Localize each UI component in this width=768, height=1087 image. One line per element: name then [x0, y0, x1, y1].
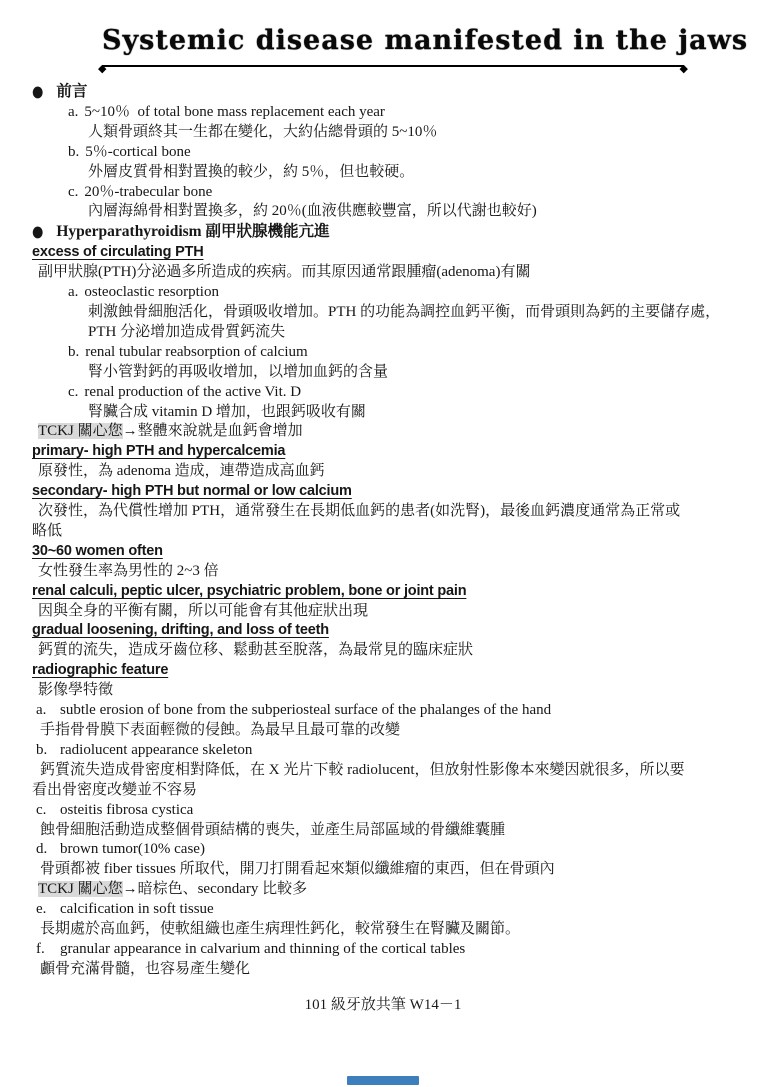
line-text: 女性發生率為男性的 2~3 倍	[38, 563, 219, 579]
doc-line-zh-flush: 看出骨密度改變並不容易	[32, 781, 734, 801]
doc-line-rad-zh: 手指骨骨膜下表面輕微的侵蝕。為最早且最可靠的改變	[32, 721, 734, 741]
doc-line-item: a.osteoclastic resorption	[32, 283, 734, 303]
line-text: secondary- high PTH but normal or low ca…	[32, 483, 352, 499]
line-text: radiographic feature	[32, 662, 168, 678]
doc-line-rad-zh: 顱骨充滿骨髓，也容易產生變化	[32, 960, 734, 980]
doc-line-item-zh: 內層海綿骨相對置換多，約 20％(血液供應較豐富，所以代謝也較好)	[32, 202, 734, 222]
item-label: a.	[36, 701, 60, 721]
doc-line-keyline: gradual loosening, drifting, and loss of…	[32, 621, 734, 641]
line-text: 看出骨密度改變並不容易	[32, 782, 197, 798]
highlight-text: TCKJ 關心您	[38, 881, 123, 897]
line-text: 顱骨充滿骨髓，也容易產生變化	[40, 961, 250, 977]
item-label: c.	[68, 383, 78, 403]
line-text: 外層皮質骨相對置換的較少，約 5％，但也較硬。	[88, 164, 414, 180]
document-page: Systemic disease manifested in the jaws …	[0, 0, 768, 1087]
doc-line-item-zh: 刺激蝕骨細胞活化，骨頭吸收增加。PTH 的功能為調控血鈣平衡，而骨頭則為鈣的主要…	[32, 303, 734, 323]
line-text: 5~10％ of total bone mass replacement eac…	[84, 104, 385, 120]
line-text: 前言	[56, 83, 87, 100]
doc-line-tckj: TCKJ 關心您→暗棕色、secondary 比較多	[32, 880, 734, 900]
line-text: radiolucent appearance skeleton	[60, 742, 252, 758]
item-label: c.	[68, 183, 78, 203]
line-text: 腎小管對鈣的再吸收增加，以增加血鈣的含量	[88, 364, 388, 380]
line-text: renal production of the active Vit. D	[84, 384, 301, 400]
line-text: 次發性，為代償性增加 PTH，通常發生在長期低血鈣的患者(如洗腎)，最後血鈣濃度…	[38, 503, 680, 519]
line-text: 內層海綿骨相對置換多，約 20％(血液供應較豐富，所以代謝也較好)	[88, 203, 537, 219]
diamond-icon: ◆	[680, 63, 688, 74]
line-text: osteitis fibrosa cystica	[60, 802, 193, 818]
doc-line-rad-zh: 長期處於高血鈣，使軟組織也產生病理性鈣化，較常發生在腎臟及關節。	[32, 920, 734, 940]
doc-line-zh: 鈣質的流失，造成牙齒位移、鬆動甚至脫落，為最常見的臨床症狀	[32, 641, 734, 661]
doc-line-item-zh: 外層皮質骨相對置換的較少，約 5％，但也較硬。	[32, 163, 734, 183]
item-label: f.	[36, 940, 60, 960]
diamond-icon: ◆	[98, 63, 106, 74]
doc-line-section: ●前言	[32, 82, 734, 103]
item-label: b.	[68, 343, 79, 363]
doc-line-item: a.5~10％ of total bone mass replacement e…	[32, 103, 734, 123]
page-header: Systemic disease manifested in the jaws …	[102, 24, 684, 72]
doc-line-item: c.renal production of the active Vit. D	[32, 383, 734, 403]
line-text: 副甲狀腺(PTH)分泌過多所造成的疾病。而其原因通常跟腫瘤(adenoma)有關	[38, 264, 530, 280]
line-text: →暗棕色、secondary 比較多	[123, 881, 308, 897]
doc-line-item-zh: PTH 分泌增加造成骨質鈣流失	[32, 323, 734, 343]
line-text: PTH 分泌增加造成骨質鈣流失	[88, 324, 285, 340]
progress-bar[interactable]	[347, 1076, 419, 1085]
doc-line-rad-item: e.calcification in soft tissue	[32, 900, 734, 920]
page-title: Systemic disease manifested in the jaws	[102, 24, 684, 58]
line-text: 鈣質的流失，造成牙齒位移、鬆動甚至脫落，為最常見的臨床症狀	[38, 642, 473, 658]
doc-line-keyline: excess of circulating PTH	[32, 243, 734, 263]
line-text: subtle erosion of bone from the subperio…	[60, 702, 551, 718]
doc-line-keyline: secondary- high PTH but normal or low ca…	[32, 482, 734, 502]
line-text: →整體來說就是血鈣會增加	[123, 423, 303, 439]
doc-line-zh: 女性發生率為男性的 2~3 倍	[32, 562, 734, 582]
line-text: osteoclastic resorption	[84, 284, 219, 300]
line-text: granular appearance in calvarium and thi…	[60, 941, 465, 957]
document-body: ●前言a.5~10％ of total bone mass replacemen…	[32, 82, 734, 980]
line-text: 蝕骨細胞活動造成整個骨頭結構的喪失，並產生局部區域的骨纖維囊腫	[40, 822, 505, 838]
line-text: excess of circulating PTH	[32, 244, 203, 260]
line-text: 略低	[32, 523, 62, 539]
line-text: 20％-trabecular bone	[84, 184, 212, 200]
doc-line-item: b.renal tubular reabsorption of calcium	[32, 343, 734, 363]
doc-line-zh: 次發性，為代償性增加 PTH，通常發生在長期低血鈣的患者(如洗腎)，最後血鈣濃度…	[32, 502, 734, 522]
doc-line-keyline: 30~60 women often	[32, 542, 734, 562]
item-label: e.	[36, 900, 60, 920]
line-text: 鈣質流失造成骨密度相對降低，在 X 光片下較 radiolucent，但放射性影…	[40, 762, 685, 778]
doc-line-item-zh: 人類骨頭終其一生都在變化，大約佔總骨頭的 5~10％	[32, 123, 734, 143]
line-text: brown tumor(10% case)	[60, 841, 205, 857]
doc-line-zh: 原發性，為 adenoma 造成，連帶造成高血鈣	[32, 462, 734, 482]
line-text: 30~60 women often	[32, 543, 163, 559]
line-text: 因與全身的平衡有關，所以可能會有其他症狀出現	[38, 603, 368, 619]
doc-line-zh: 因與全身的平衡有關，所以可能會有其他症狀出現	[32, 602, 734, 622]
doc-line-keyline: primary- high PTH and hypercalcemia	[32, 442, 734, 462]
highlight-text: TCKJ 關心您	[38, 423, 123, 439]
item-label: b.	[68, 143, 79, 163]
line-text: 長期處於高血鈣，使軟組織也產生病理性鈣化，較常發生在腎臟及關節。	[40, 921, 520, 937]
item-label: c.	[36, 801, 60, 821]
line-text: 骨頭都被 fiber tissues 所取代，開刀打開看起來類似纖維瘤的東西，但…	[40, 861, 555, 877]
line-text: 腎臟合成 vitamin D 增加，也跟鈣吸收有關	[88, 404, 366, 420]
doc-line-zh: 副甲狀腺(PTH)分泌過多所造成的疾病。而其原因通常跟腫瘤(adenoma)有關	[32, 263, 734, 283]
page-footer: 101 級牙放共筆 W14－1	[32, 993, 734, 1014]
doc-line-rad-zh: 骨頭都被 fiber tissues 所取代，開刀打開看起來類似纖維瘤的東西，但…	[32, 860, 734, 880]
doc-line-rad-item: f.granular appearance in calvarium and t…	[32, 940, 734, 960]
line-text: renal calculi, peptic ulcer, psychiatric…	[32, 583, 466, 599]
doc-line-item: b.5％-cortical bone	[32, 143, 734, 163]
line-text: 刺激蝕骨細胞活化，骨頭吸收增加。PTH 的功能為調控血鈣平衡，而骨頭則為鈣的主要…	[88, 304, 720, 320]
doc-line-rad-item: c.osteitis fibrosa cystica	[32, 801, 734, 821]
item-label: d.	[36, 840, 60, 860]
line-text: calcification in soft tissue	[60, 901, 214, 917]
line-text: 5％-cortical bone	[85, 144, 190, 160]
bullet-icon: ●	[32, 81, 43, 105]
line-text: 手指骨骨膜下表面輕微的侵蝕。為最早且最可靠的改變	[40, 722, 400, 738]
title-rule	[102, 65, 684, 67]
line-text: Hyperparathyroidism 副甲狀腺機能亢進	[56, 223, 329, 240]
doc-line-zh-flush: 略低	[32, 522, 734, 542]
doc-line-section: ●Hyperparathyroidism 副甲狀腺機能亢進	[32, 222, 734, 243]
doc-line-item: c.20％-trabecular bone	[32, 183, 734, 203]
doc-line-rad-zh: 鈣質流失造成骨密度相對降低，在 X 光片下較 radiolucent，但放射性影…	[32, 761, 734, 781]
line-text: 影像學特徵	[38, 682, 113, 698]
line-text: primary- high PTH and hypercalcemia	[32, 443, 285, 459]
doc-line-rad-item: d.brown tumor(10% case)	[32, 840, 734, 860]
doc-line-item-zh: 腎小管對鈣的再吸收增加，以增加血鈣的含量	[32, 363, 734, 383]
bullet-icon: ●	[32, 221, 43, 245]
doc-line-keyline: radiographic feature	[32, 661, 734, 681]
doc-line-rad-item: b.radiolucent appearance skeleton	[32, 741, 734, 761]
item-label: a.	[68, 283, 78, 303]
item-label: b.	[36, 741, 60, 761]
line-text: 原發性，為 adenoma 造成，連帶造成高血鈣	[38, 463, 325, 479]
line-text: gradual loosening, drifting, and loss of…	[32, 622, 329, 638]
doc-line-keyline: renal calculi, peptic ulcer, psychiatric…	[32, 582, 734, 602]
doc-line-rad-zh: 蝕骨細胞活動造成整個骨頭結構的喪失，並產生局部區域的骨纖維囊腫	[32, 821, 734, 841]
doc-line-tckj: TCKJ 關心您→整體來說就是血鈣會增加	[32, 422, 734, 442]
item-label: a.	[68, 103, 78, 123]
line-text: renal tubular reabsorption of calcium	[85, 344, 307, 360]
doc-line-rad-item: a.subtle erosion of bone from the subper…	[32, 701, 734, 721]
doc-line-item-zh: 腎臟合成 vitamin D 增加，也跟鈣吸收有關	[32, 403, 734, 423]
doc-line-zh: 影像學特徵	[32, 681, 734, 701]
line-text: 人類骨頭終其一生都在變化，大約佔總骨頭的 5~10％	[88, 124, 437, 140]
